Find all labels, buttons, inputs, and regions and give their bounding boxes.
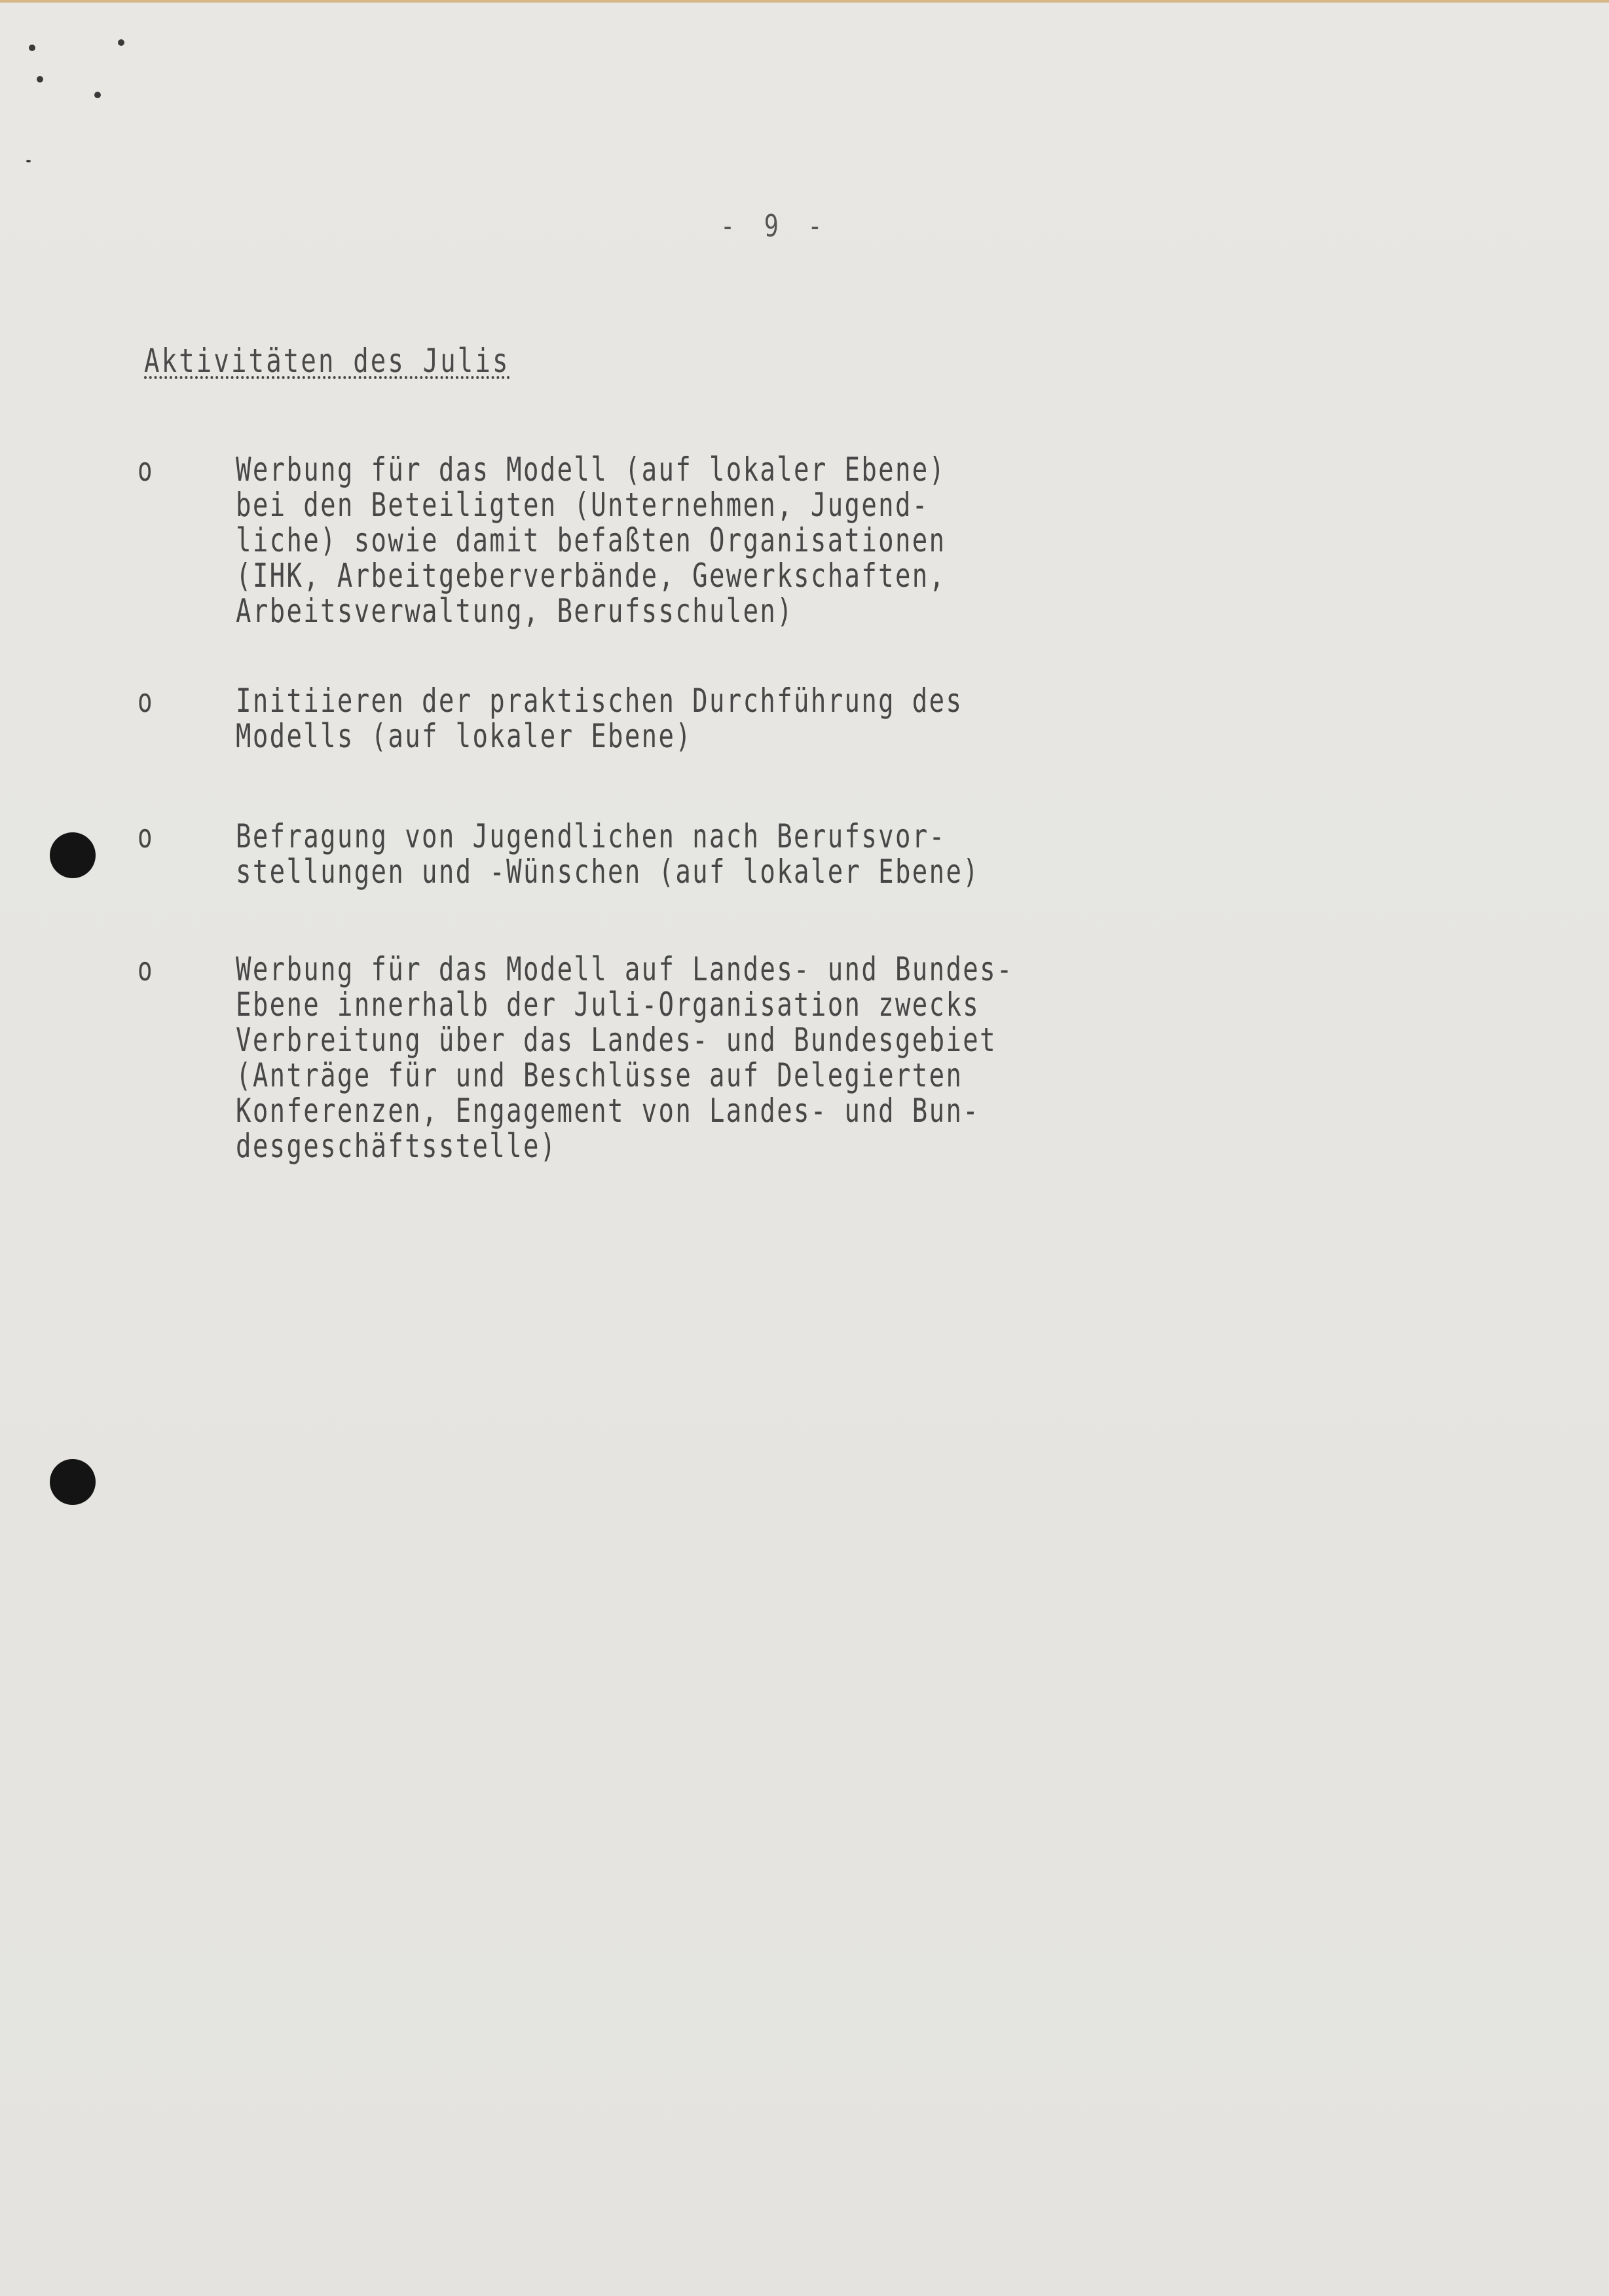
bullet-marker: o xyxy=(138,452,153,487)
document-page: - 9 - Aktivitäten des Julis o Werbung fü… xyxy=(0,0,1609,2296)
staple-hole-mark xyxy=(29,45,35,51)
staple-hole-mark xyxy=(26,160,31,162)
bullet-marker: o xyxy=(138,952,153,987)
section-heading: Aktivitäten des Julis xyxy=(144,342,510,380)
list-item-text: Befragung von Jugendlichen nach Berufsvo… xyxy=(236,819,980,889)
staple-hole-mark xyxy=(118,39,124,46)
list-item-text: Werbung für das Modell (auf lokaler Eben… xyxy=(236,452,946,629)
paper-edge xyxy=(0,0,1609,3)
section-heading-text: Aktivitäten des Julis xyxy=(144,342,510,380)
staple-hole-mark xyxy=(37,76,43,83)
punch-hole xyxy=(50,1459,96,1505)
list-item-text: Initiieren der praktischen Durchführung … xyxy=(236,683,963,754)
list-item-text: Werbung für das Modell auf Landes- und B… xyxy=(236,952,1014,1164)
bullet-marker: o xyxy=(138,819,153,854)
page-number: - 9 - xyxy=(720,208,830,244)
bullet-marker: o xyxy=(138,683,153,718)
staple-hole-mark xyxy=(94,92,101,98)
punch-hole xyxy=(50,832,96,878)
